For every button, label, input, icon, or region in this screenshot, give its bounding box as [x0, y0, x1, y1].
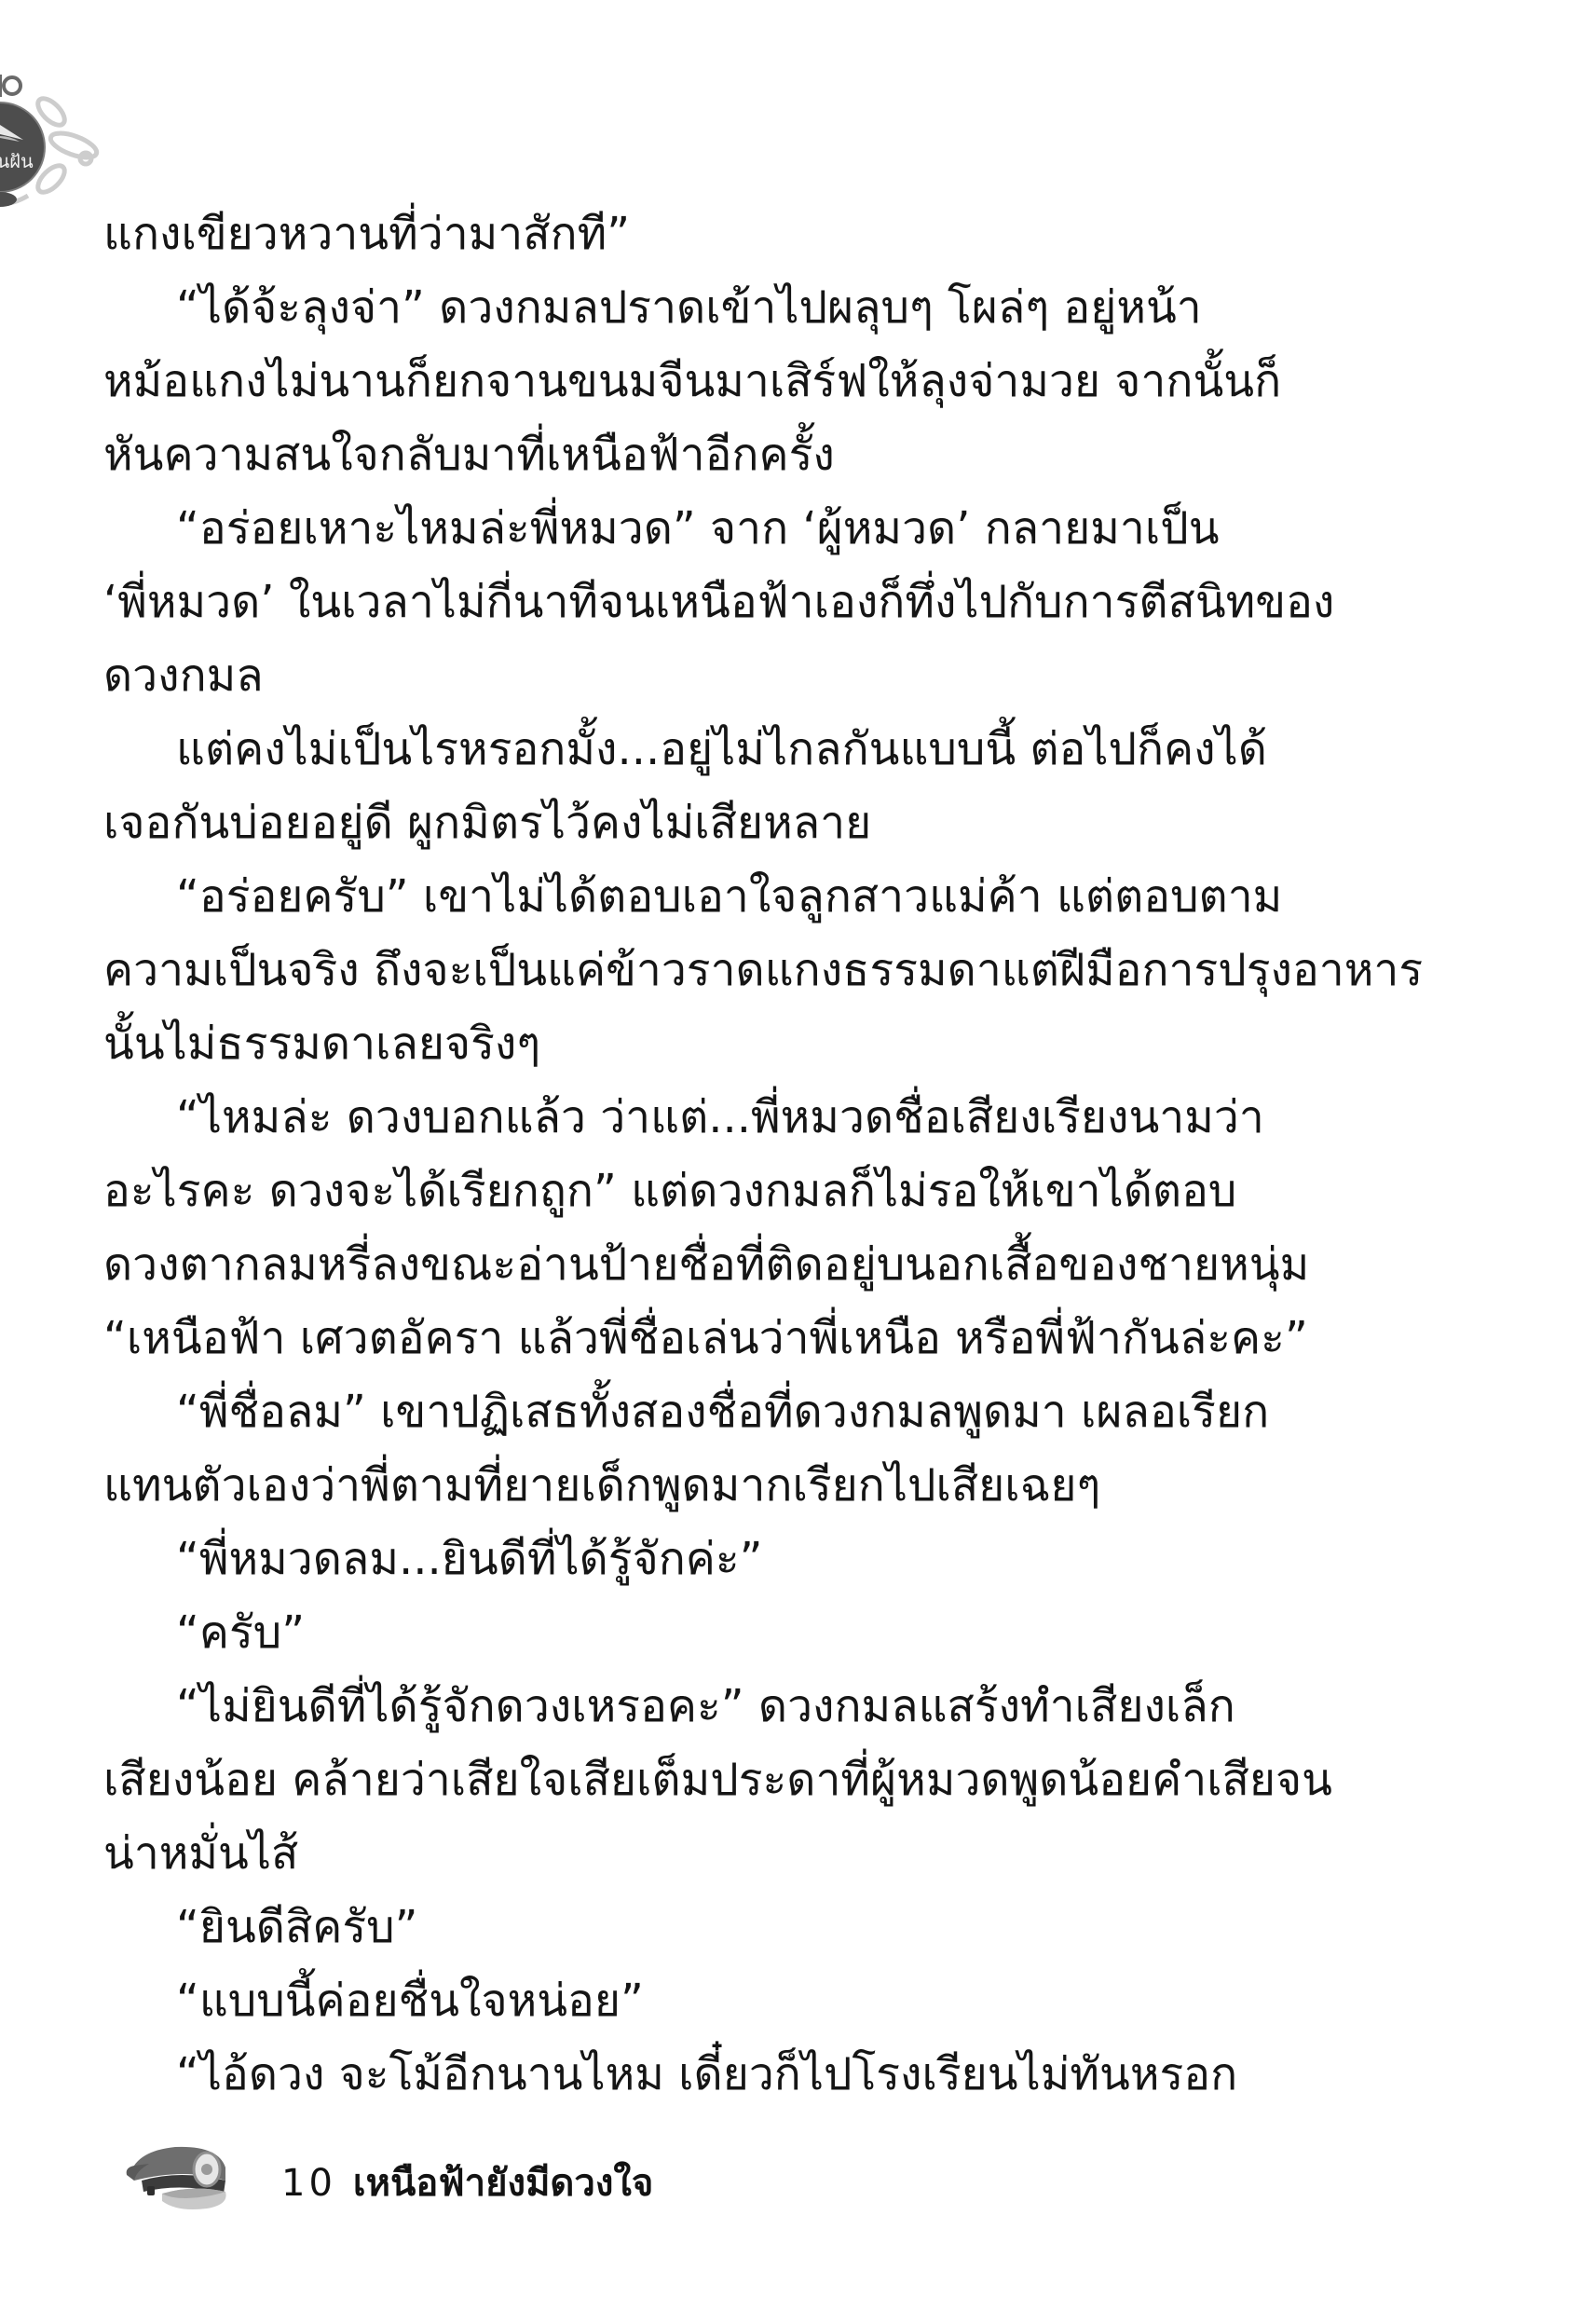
text-line: “ไหมล่ะ ดวงบอกแล้ว ว่าแต่...พี่หมวดชื่อเ… — [103, 1081, 1503, 1155]
text-line: ‘พี่หมวด’ ในเวลาไม่กี่นาทีจนเหนือฟ้าเองก… — [103, 566, 1503, 639]
text-line: แต่คงไม่เป็นไรหรอกมั้ง...อยู่ไม่ไกลกันแบ… — [103, 713, 1503, 786]
text-line: น่าหมั่นไส้ — [103, 1817, 1503, 1891]
text-line: หม้อแกงไม่นานก็ยกจานขนมจีนมาเสิร์ฟให้ลุง… — [103, 345, 1503, 418]
publisher-emblem: เขียนฝัน — [0, 65, 116, 214]
text-line: “พี่หมวดลม...ยินดีที่ได้รู้จักค่ะ” — [103, 1523, 1503, 1596]
police-cap-icon — [121, 2140, 240, 2214]
text-line: ความเป็นจริง ถึงจะเป็นแค่ข้าวราดแกงธรรมด… — [103, 934, 1503, 1007]
text-line: ดวงกมล — [103, 639, 1503, 713]
text-line: “ไอ้ดวง จะโม้อีกนานไหม เดี๋ยวก็ไปโรงเรีย… — [103, 2038, 1503, 2112]
text-line: “ยินดีสิครับ” — [103, 1891, 1503, 1964]
text-line: “อร่อยเหาะไหมล่ะพี่หมวด” จาก ‘ผู้หมวด’ ก… — [103, 492, 1503, 566]
text-line: หันความสนใจกลับมาที่เหนือฟ้าอีกครั้ง — [103, 418, 1503, 492]
text-line: อะไรคะ ดวงจะได้เรียกถูก” แต่ดวงกมลก็ไม่ร… — [103, 1155, 1503, 1228]
text-line: “อร่อยครับ” เขาไม่ได้ตอบเอาใจลูกสาวแม่ค้… — [103, 860, 1503, 934]
text-line: นั้นไม่ธรรมดาเลยจริงๆ — [103, 1007, 1503, 1081]
publisher-emblem-graphic: เขียนฝัน — [0, 65, 116, 214]
text-line: แทนตัวเองว่าพี่ตามที่ยายเด็กพูดมากเรียกไ… — [103, 1449, 1503, 1523]
text-line: เจอกันบ่อยอยู่ดี ผูกมิตรไว้คงไม่เสียหลาย — [103, 786, 1503, 860]
page-footer: 10เหนือฟ้ายังมีดวงใจ — [0, 2136, 1596, 2266]
text-line: “ได้จ้ะลุงจ่า” ดวงกมลปราดเข้าไปผลุบๆ โผล… — [103, 271, 1503, 345]
book-title: เหนือฟ้ายังมีดวงใจ — [353, 2162, 653, 2205]
page-number: 10 — [281, 2162, 336, 2205]
story-text: แกงเขียวหวานที่ว่ามาสักที”“ได้จ้ะลุงจ่า”… — [103, 198, 1503, 2112]
text-line: แกงเขียวหวานที่ว่ามาสักที” — [103, 198, 1503, 271]
text-line: “ครับ” — [103, 1596, 1503, 1670]
footer-text: 10เหนือฟ้ายังมีดวงใจ — [281, 2153, 653, 2212]
text-line: เสียงน้อย คล้ายว่าเสียใจเสียเต็มประดาที่… — [103, 1744, 1503, 1817]
book-page: เขียนฝัน แกงเขียวหวานที่ว่ามาสักที”“ได้จ… — [0, 0, 1596, 2311]
text-line: “ไม่ยินดีที่ได้รู้จักดวงเหรอคะ” ดวงกมลแส… — [103, 1670, 1503, 1744]
text-line: “เหนือฟ้า เศวตอัครา แล้วพี่ชื่อเล่นว่าพี… — [103, 1302, 1503, 1375]
text-line: “พี่ชื่อลม” เขาปฏิเสธทั้งสองชื่อที่ดวงกม… — [103, 1375, 1503, 1449]
text-line: “แบบนี้ค่อยชื่นใจหน่อย” — [103, 1964, 1503, 2038]
publisher-name: เขียนฝัน — [0, 150, 34, 172]
text-line: ดวงตากลมหรี่ลงขณะอ่านป้ายชื่อที่ติดอยู่บ… — [103, 1228, 1503, 1302]
